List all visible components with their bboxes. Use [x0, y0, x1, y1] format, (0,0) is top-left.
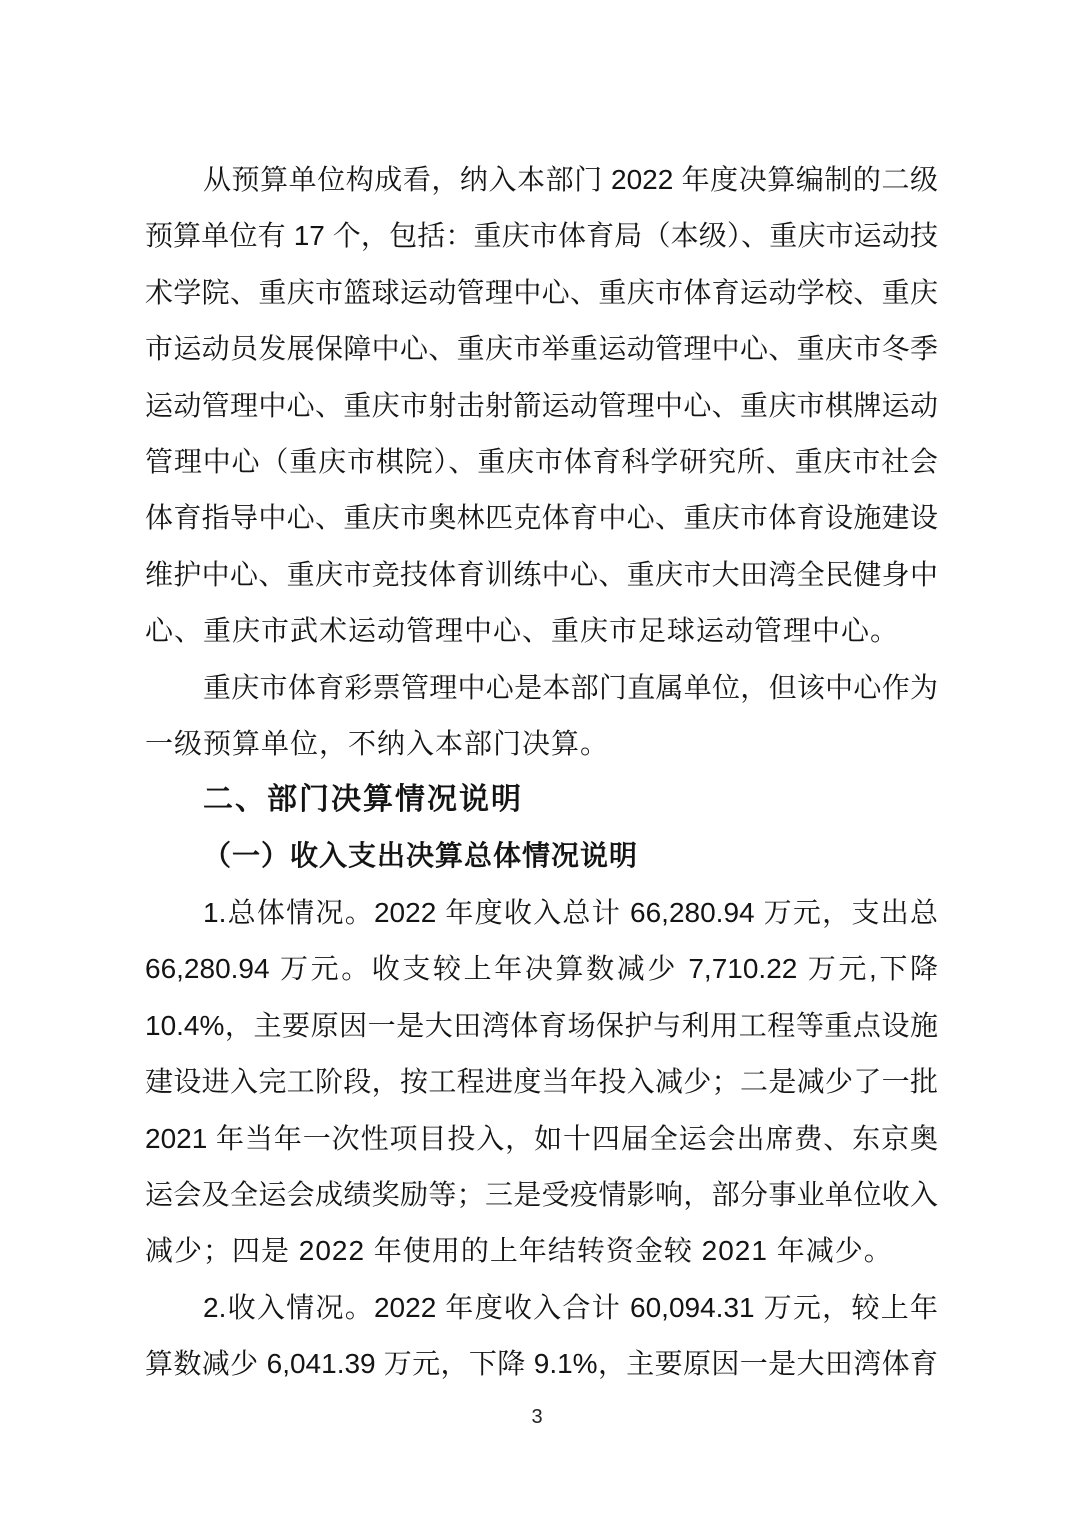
paragraph-line: 算数减少 6,041.39 万元，下降 9.1%，主要原因一是大田湾体育: [145, 1336, 938, 1392]
paragraph-line: 10.4%，主要原因一是大田湾体育场保护与利用工程等重点设施: [145, 998, 938, 1054]
paragraph-line: 市运动员发展保障中心、重庆市举重运动管理中心、重庆市冬季: [145, 321, 938, 377]
paragraph-line: 预算单位有 17 个，包括：重庆市体育局（本级）、重庆市运动技: [145, 208, 938, 264]
paragraph-line: 体育指导中心、重庆市奥林匹克体育中心、重庆市体育设施建设: [145, 490, 938, 546]
paragraph-line: 心、重庆市武术运动管理中心、重庆市足球运动管理中心。: [145, 603, 938, 659]
paragraph-line: 减少；四是 2022 年使用的上年结转资金较 2021 年减少。: [145, 1223, 938, 1279]
paragraph-line: 2.收入情况。2022 年度收入合计 60,094.31 万元，较上年决: [145, 1280, 938, 1336]
paragraph-line: 66,280.94 万元。收支较上年决算数减少 7,710.22 万元,下降: [145, 941, 938, 997]
paragraph-line: 从预算单位构成看，纳入本部门 2022 年度决算编制的二级: [145, 152, 938, 208]
paragraph-line: 术学院、重庆市篮球运动管理中心、重庆市体育运动学校、重庆: [145, 265, 938, 321]
paragraph-line: 一级预算单位，不纳入本部门决算。: [145, 716, 938, 772]
paragraph-line: 2021 年当年一次性项目投入，如十四届全运会出席费、东京奥: [145, 1111, 938, 1167]
paragraph-line: 建设进入完工阶段，按工程进度当年投入减少；二是减少了一批: [145, 1054, 938, 1110]
section-heading: 二、部门决算情况说明: [145, 772, 938, 828]
paragraph-line: 管理中心（重庆市棋院）、重庆市体育科学研究所、重庆市社会: [145, 434, 938, 490]
paragraph-line: 1.总体情况。2022 年度收入总计 66,280.94 万元，支出总计: [145, 885, 938, 941]
paragraph-line: 运动管理中心、重庆市射击射箭运动管理中心、重庆市棋牌运动: [145, 378, 938, 434]
paragraph-line: 重庆市体育彩票管理中心是本部门直属单位，但该中心作为: [145, 660, 938, 716]
paragraph-line: 运会及全运会成绩奖励等；三是受疫情影响，部分事业单位收入: [145, 1167, 938, 1223]
paragraph-line: 维护中心、重庆市竞技体育训练中心、重庆市大田湾全民健身中: [145, 547, 938, 603]
document-page: 从预算单位构成看，纳入本部门 2022 年度决算编制的二级 预算单位有 17 个…: [0, 0, 1074, 1520]
subsection-heading: （一）收入支出决算总体情况说明: [145, 829, 938, 885]
document-body: 从预算单位构成看，纳入本部门 2022 年度决算编制的二级 预算单位有 17 个…: [145, 152, 938, 1393]
page-number: 3: [0, 1406, 1074, 1429]
